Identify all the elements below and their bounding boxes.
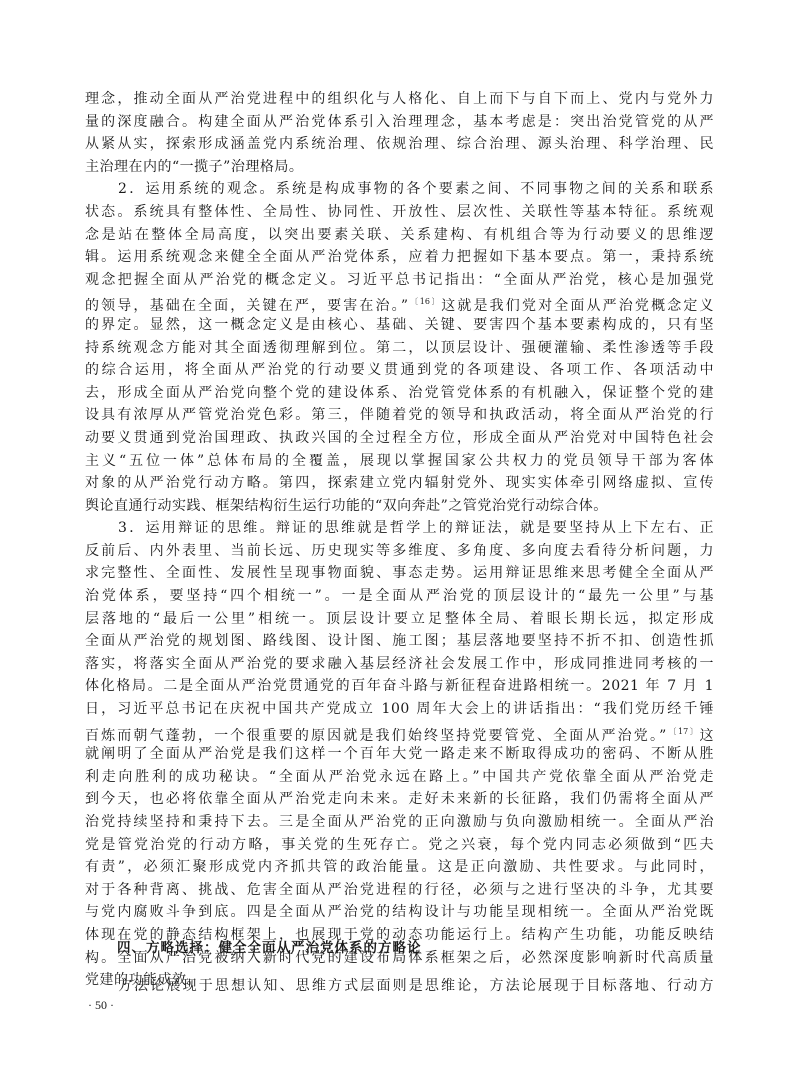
text-line: 设具有浓厚从严管党治党色彩。第三，伴随着党的领导和执政活动，将全面从严治党的行 <box>85 404 714 427</box>
text-line: 主治理在内的“一揽子”治理格局。 <box>85 156 714 179</box>
text-line: 状态。系统具有整体性、全局性、协同性、开放性、层次性、关联性等基本特征。系统观 <box>85 201 714 224</box>
text-line: 党是管党治党的行动方略，事关党的生死存亡。党之兴衰，每个党内同志必须做到“匹夫 <box>85 834 714 857</box>
text-line: 与党内腐败斗争到底。四是全面从严治党的结构设计与功能呈现相统一。全面从严治党既 <box>85 901 714 924</box>
text-fragment: 这就是我们党对全面从严治党概念定义 <box>441 298 714 314</box>
text-line: 治党体系，要坚持“四个相统一”。一是全面从严治党的顶层设计的“最先一公里”与基 <box>85 585 714 608</box>
paragraph-continued: 理念，推动全面从严治党进程中的组织化与人格化、自上而下与自下而上、党内与党外力 … <box>85 88 714 178</box>
text-line: 的领导，基础在全面，关键在严，要害在治。”〔16〕这就是我们党对全面从严治党概念… <box>85 291 714 314</box>
paragraph-methodology: 方法论展现于思想认知、思维方式层面则是思维论，方法论展现于目标落地、行动方 <box>85 975 714 998</box>
text-line: 量的深度融合。构建全面从严治党体系引入治理理念，基本考虑是：突出治党管党的从严 <box>85 111 714 134</box>
text-fragment: 百炼而朝气蓬勃，一个很重要的原因就是我们始终坚持党要管党、全面从严治党。” <box>85 728 667 744</box>
paragraph-system-concept: 2．运用系统的观念。系统是构成事物的各个要素之间、不同事物之间的关系和联系 状态… <box>85 178 714 517</box>
text-line: 体化格局。二是全面从严治党贯通党的百年奋斗路与新征程奋进路相统一。2021 年 … <box>85 675 714 698</box>
text-line: 求完整性、全面性、发展性呈现事物面貌、事态走势。运用辩证思维来思考健全全面从严 <box>85 562 714 585</box>
text-line: 日，习近平总书记在庆祝中国共产党成立 100 周年大会上的讲话指出：“我们党历经… <box>85 698 714 721</box>
text-line: 对于各种背离、挑战、危害全面从严治党进程的行径，必须与之进行坚决的斗争，尤其要 <box>85 879 714 902</box>
text-line: 主义“五位一体”总体布局的全覆盖，展现以掌握国家公共权力的党员领导干部为客体 <box>85 450 714 473</box>
text-line: 2．运用系统的观念。系统是构成事物的各个要素之间、不同事物之间的关系和联系 <box>85 178 714 201</box>
text-line: 从紧从实，探索形成涵盖党内系统治理、依规治理、综合治理、源头治理、科学治理、民 <box>85 133 714 156</box>
text-line: 观念把握全面从严治党的概念定义。习近平总书记指出：“全面从严治党，核心是加强党 <box>85 269 714 292</box>
article-body: 理念，推动全面从严治党进程中的组织化与人格化、自上而下与自下而上、党内与党外力 … <box>85 88 714 992</box>
text-line: 方法论展现于思想认知、思维方式层面则是思维论，方法论展现于目标落地、行动方 <box>85 975 714 998</box>
text-line: 反前后、内外表里、当前长远、历史现实等多维度、多角度、多向度去看待分析问题，力 <box>85 540 714 563</box>
text-line: 治党持续坚持和秉持下去。三是全面从严治党的正向激励与负向激励相统一。全面从严治 <box>85 811 714 834</box>
text-fragment: 这 <box>700 728 715 744</box>
citation-ref-16[interactable]: 〔16〕 <box>408 297 441 306</box>
text-line: 理念，推动全面从严治党进程中的组织化与人格化、自上而下与自下而上、党内与党外力 <box>85 88 714 111</box>
text-line: 百炼而朝气蓬勃，一个很重要的原因就是我们始终坚持党要管党、全面从严治党。”〔17… <box>85 721 714 744</box>
text-line: 念是站在整体全局高度，以突出要素关联、关系建构、有机组合等为行动要义的思维逻 <box>85 224 714 247</box>
text-line: 动要义贯通到党治国理政、执政兴国的全过程全方位，形成全面从严治党对中国特色社会 <box>85 427 714 450</box>
text-line: 的界定。显然，这一概念定义是由核心、基础、关键、要害四个基本要素构成的，只有坚 <box>85 314 714 337</box>
section-heading: 四、方略选择：健全全面从严治党体系的方略论 <box>117 936 422 956</box>
citation-ref-17[interactable]: 〔17〕 <box>667 727 700 736</box>
text-line: 对象的从严治党行动方略。第四，探索建立党内辐射党外、现实实体牵引网络虚拟、宣传 <box>85 472 714 495</box>
page-number: · 50 · <box>88 998 114 1013</box>
text-line: 有责”，必须汇聚形成党内齐抓共管的政治能量。这是正向激励、共性要求。与此同时， <box>85 856 714 879</box>
text-line: 就阐明了全面从严治党是我们这样一个百年大党一路走来不断取得成功的密码、不断从胜 <box>85 743 714 766</box>
text-line: 落实，将落实全面从严治党的要求融入基层经济社会发展工作中，形成同推进同考核的一 <box>85 653 714 676</box>
text-line: 到今天，也必将依靠全面从严治党走向未来。走好未来新的长征路，我们仍需将全面从严 <box>85 788 714 811</box>
text-line: 全面从严治党的规划图、路线图、设计图、施工图；基层落地要坚持不折不扣、创造性抓 <box>85 630 714 653</box>
paragraph-dialectic-thinking: 3．运用辩证的思维。辩证的思维就是哲学上的辩证法，就是要坚持从上下左右、正 反前… <box>85 517 714 991</box>
text-line: 持系统观念方能对其全面透彻理解到位。第二，以顶层设计、强硬灌输、柔性渗透等手段 <box>85 337 714 360</box>
text-line: 层落地的“最后一公里”相统一。顶层设计要立足整体全局、着眼长期长远，拟定形成 <box>85 608 714 631</box>
text-line: 辑。运用系统观念来健全全面从严治党体系，应着力把握如下基本要点。第一，秉持系统 <box>85 246 714 269</box>
text-line: 去，形成全面从严治党向整个党的建设体系、治党管党体系的有机融入，保证整个党的建 <box>85 382 714 405</box>
text-line: 舆论直通行动实践、框架结构衍生运行功能的“双向奔赴”之管党治党行动综合体。 <box>85 495 714 518</box>
text-fragment: 的领导，基础在全面，关键在严，要害在治。” <box>85 298 408 314</box>
text-line: 3．运用辩证的思维。辩证的思维就是哲学上的辩证法，就是要坚持从上下左右、正 <box>85 517 714 540</box>
text-line: 的综合运用，将全面从严治党的行动要义贯通到党的各项建设、各项工作、各项活动中 <box>85 359 714 382</box>
text-line: 利走向胜利的成功秘诀。“全面从严治党永远在路上。”中国共产党依靠全面从严治党走 <box>85 766 714 789</box>
